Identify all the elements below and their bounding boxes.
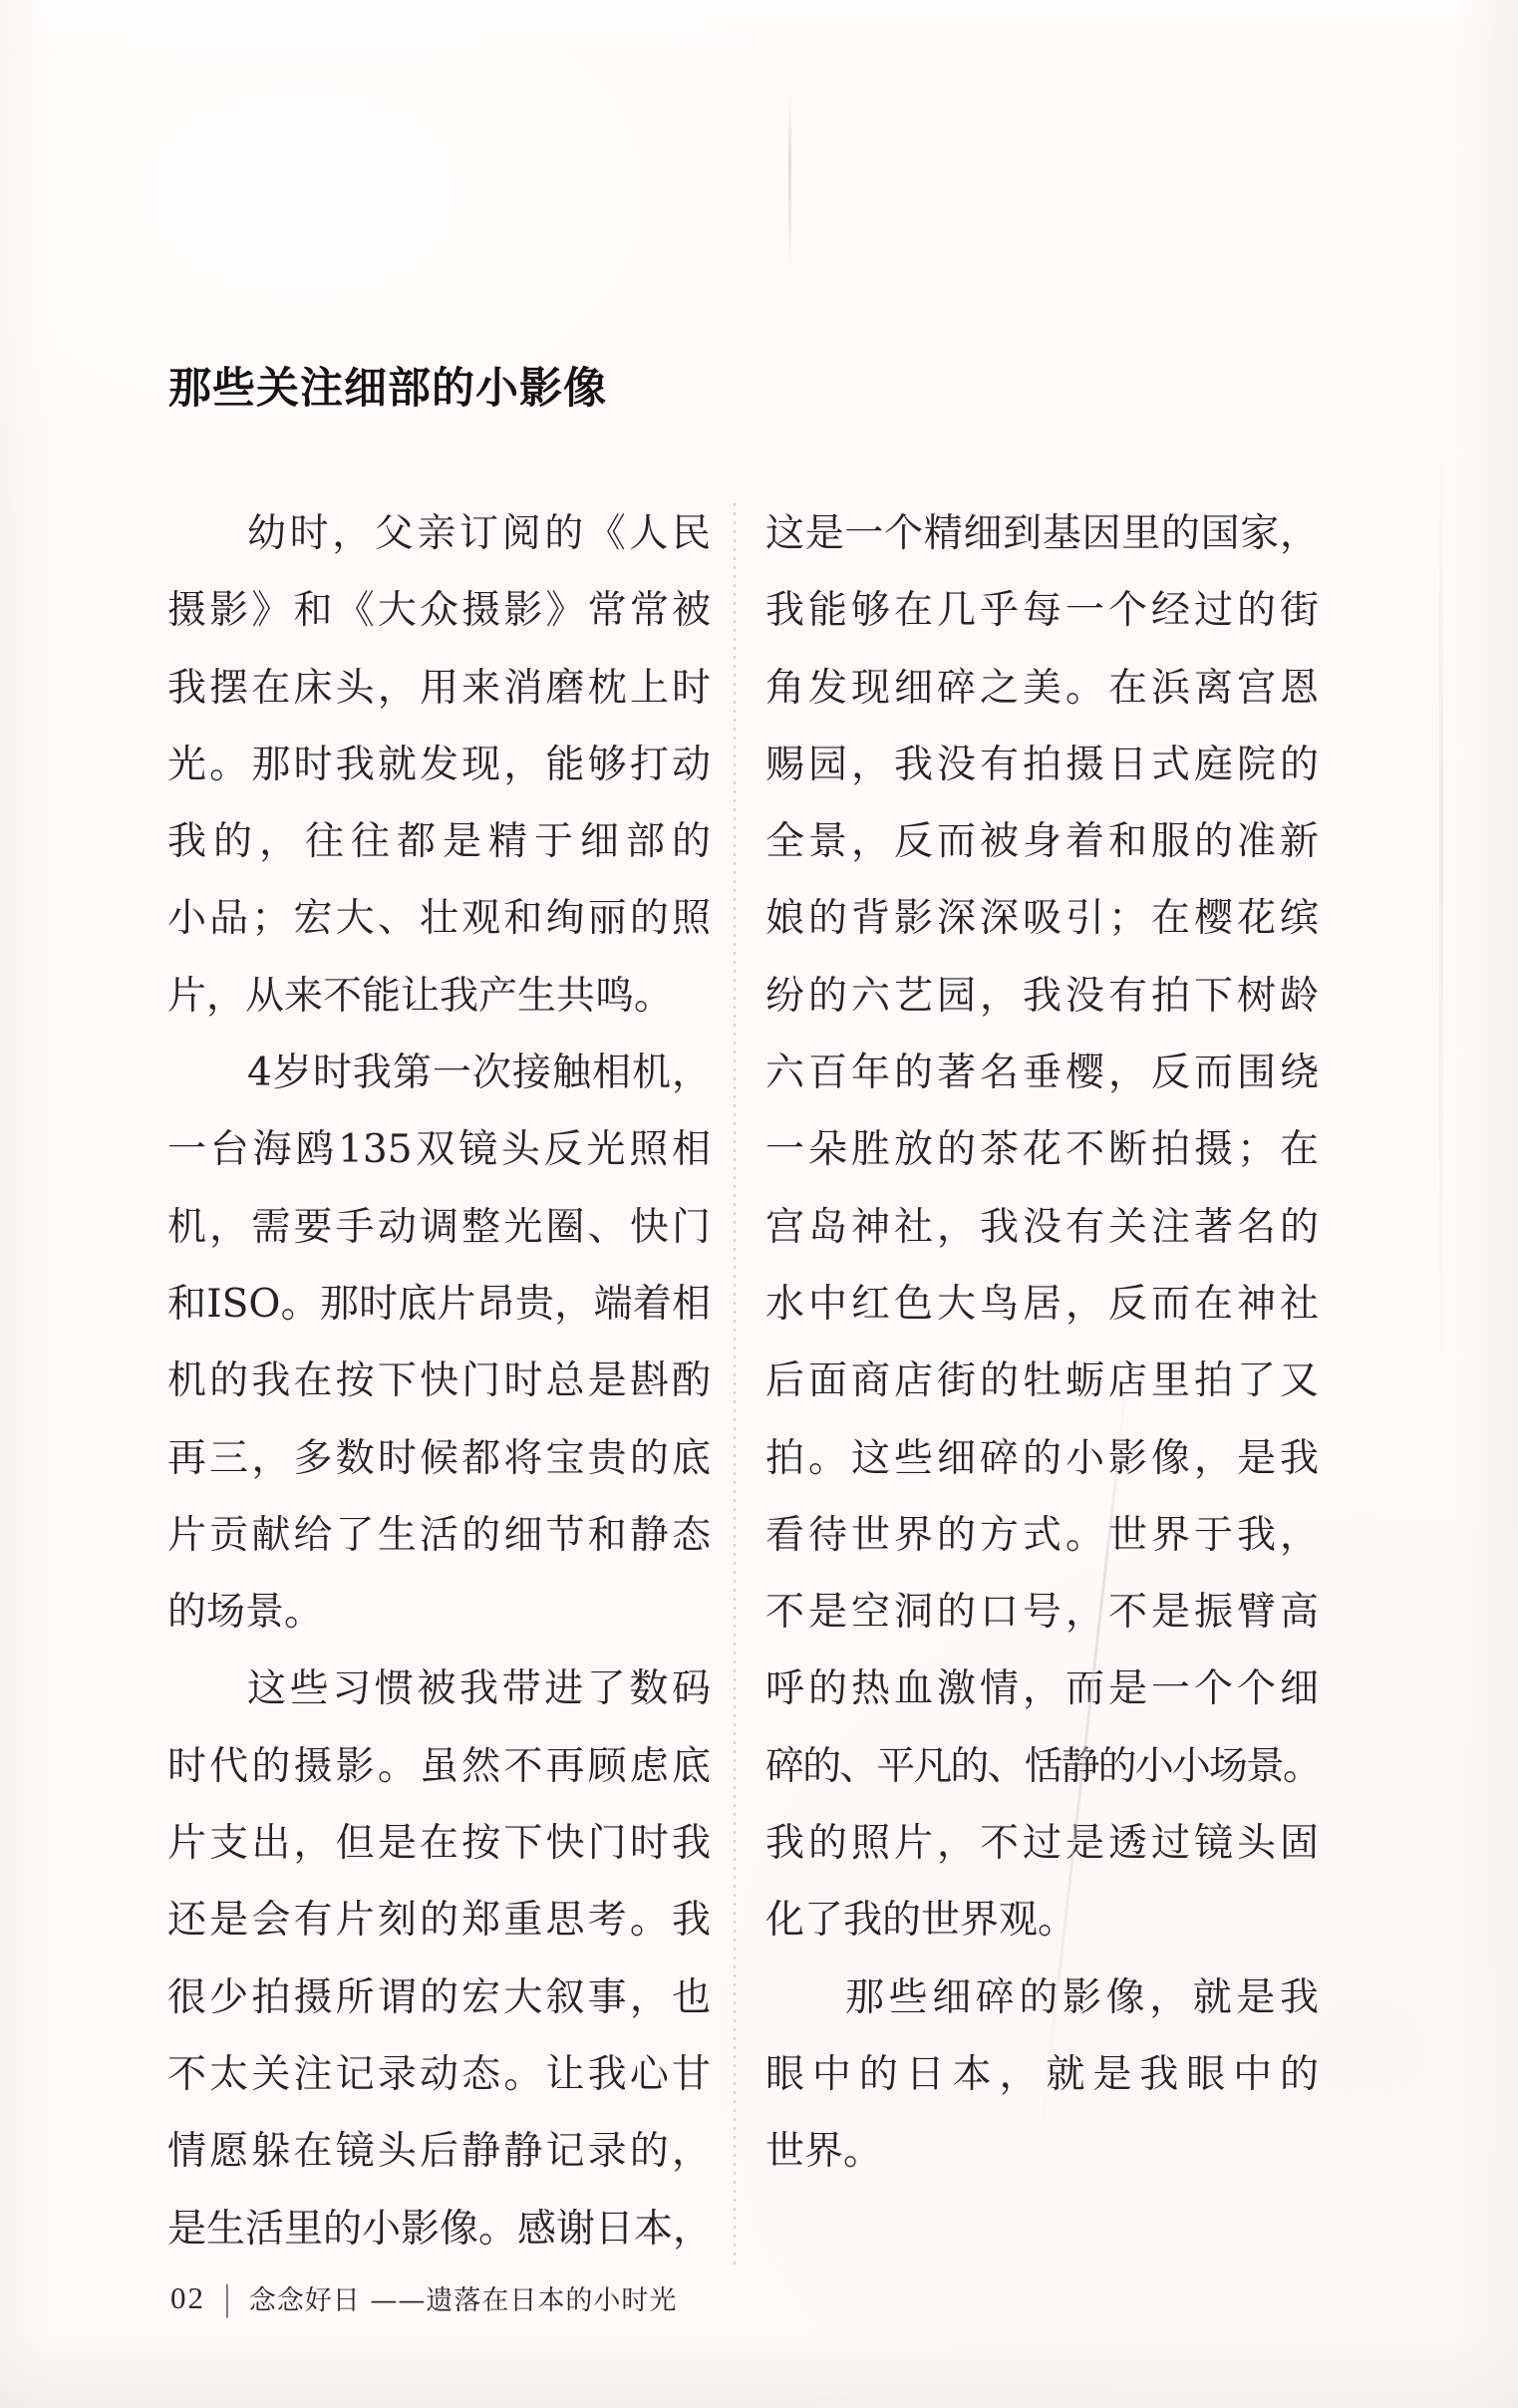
text-line: 水中红色大鸟居，反而在神社	[765, 1266, 1319, 1343]
text-line: 不是空洞的口号，不是振臂高	[765, 1574, 1319, 1651]
text-line: 全景，反而被身着和服的准新	[765, 803, 1319, 880]
text-line: 和ISO。那时底片昂贵，端着相	[167, 1266, 711, 1343]
column-divider	[734, 503, 736, 2267]
text-line: 宫岛神社，我没有关注著名的	[765, 1189, 1319, 1266]
text-line: 很少拍摄所谓的宏大叙事，也	[167, 1959, 711, 2036]
text-line: 呼的热血激情，而是一个个细	[765, 1651, 1319, 1727]
text-line: 光。那时我就发现，能够打动	[167, 727, 711, 803]
text-line: 再三，多数时候都将宝贵的底	[167, 1420, 711, 1497]
text-line: 世界。	[765, 2113, 1319, 2190]
page-footer: 02 | 念念好日 ——遗落在日本的小时光	[170, 2278, 677, 2317]
scan-crease	[788, 92, 791, 269]
footer-separator: |	[224, 2278, 230, 2317]
text-line: 碎的、平凡的、恬静的小小场景。	[765, 1728, 1319, 1805]
text-line: 那些细碎的影像，就是我	[765, 1959, 1319, 2036]
text-line: 一台海鸥135双镜头反光照相	[167, 1111, 711, 1188]
chapter-title: 那些关注细部的小影像	[168, 355, 607, 416]
text-line: 化了我的世界观。	[765, 1882, 1319, 1958]
text-line: 娘的背影深深吸引；在樱花缤	[765, 880, 1319, 957]
text-line: 是生活里的小影像。感谢日本，	[167, 2191, 711, 2267]
book-page-scan: 那些关注细部的小影像 幼时，父亲订阅的《人民 摄影》和《大众摄影》常常被 我摆在…	[0, 0, 1518, 2408]
text-line: 拍。这些细碎的小影像，是我	[765, 1420, 1319, 1497]
text-line: 六百年的著名垂樱，反而围绕	[765, 1035, 1319, 1111]
text-line: 这是一个精细到基因里的国家，	[765, 495, 1319, 572]
text-line: 后面商店街的牡蛎店里拍了又	[765, 1343, 1319, 1419]
text-line: 机的我在按下快门时总是斟酌	[167, 1343, 711, 1419]
text-line: 不太关注记录动态。让我心甘	[167, 2036, 711, 2113]
scan-crease	[1439, 429, 1443, 1405]
text-line: 眼中的日本，就是我眼中的	[765, 2036, 1319, 2113]
text-line: 片贡献给了生活的细节和静态	[167, 1497, 711, 1574]
text-line: 我摆在床头，用来消磨枕上时	[167, 650, 711, 727]
book-title: 念念好日 ——遗落在日本的小时光	[249, 2278, 678, 2317]
left-column: 幼时，父亲订阅的《人民 摄影》和《大众摄影》常常被 我摆在床头，用来消磨枕上时 …	[167, 495, 711, 2267]
text-line: 片支出，但是在按下快门时我	[167, 1805, 711, 1882]
text-line: 片，从来不能让我产生共鸣。	[167, 958, 711, 1035]
text-line: 机，需要手动调整光圈、快门	[167, 1189, 711, 1266]
text-line: 小品；宏大、壮观和绚丽的照	[167, 880, 711, 957]
right-column: 这是一个精细到基因里的国家， 我能够在几乎每一个经过的街 角发现细碎之美。在浜离…	[765, 495, 1319, 2191]
text-line: 时代的摄影。虽然不再顾虑底	[167, 1728, 711, 1805]
text-line: 一朵胜放的茶花不断拍摄；在	[765, 1111, 1319, 1188]
text-line: 这些习惯被我带进了数码	[167, 1651, 711, 1727]
text-line: 4岁时我第一次接触相机，	[167, 1035, 711, 1111]
text-line: 角发现细碎之美。在浜离宫恩	[765, 650, 1319, 727]
text-line: 赐园，我没有拍摄日式庭院的	[765, 727, 1319, 803]
text-line: 看待世界的方式。世界于我，	[765, 1497, 1319, 1574]
text-line: 情愿躲在镜头后静静记录的，	[167, 2113, 711, 2190]
text-line: 的场景。	[167, 1574, 711, 1651]
text-line: 还是会有片刻的郑重思考。我	[167, 1882, 711, 1958]
text-line: 我能够在几乎每一个经过的街	[765, 572, 1319, 649]
page-number: 02	[170, 2280, 205, 2316]
text-line: 我的，往往都是精于细部的	[167, 803, 711, 880]
text-line: 纷的六艺园，我没有拍下树龄	[765, 958, 1319, 1035]
text-line: 我的照片，不过是透过镜头固	[765, 1805, 1319, 1882]
text-line: 摄影》和《大众摄影》常常被	[167, 572, 711, 649]
text-line: 幼时，父亲订阅的《人民	[167, 495, 711, 572]
